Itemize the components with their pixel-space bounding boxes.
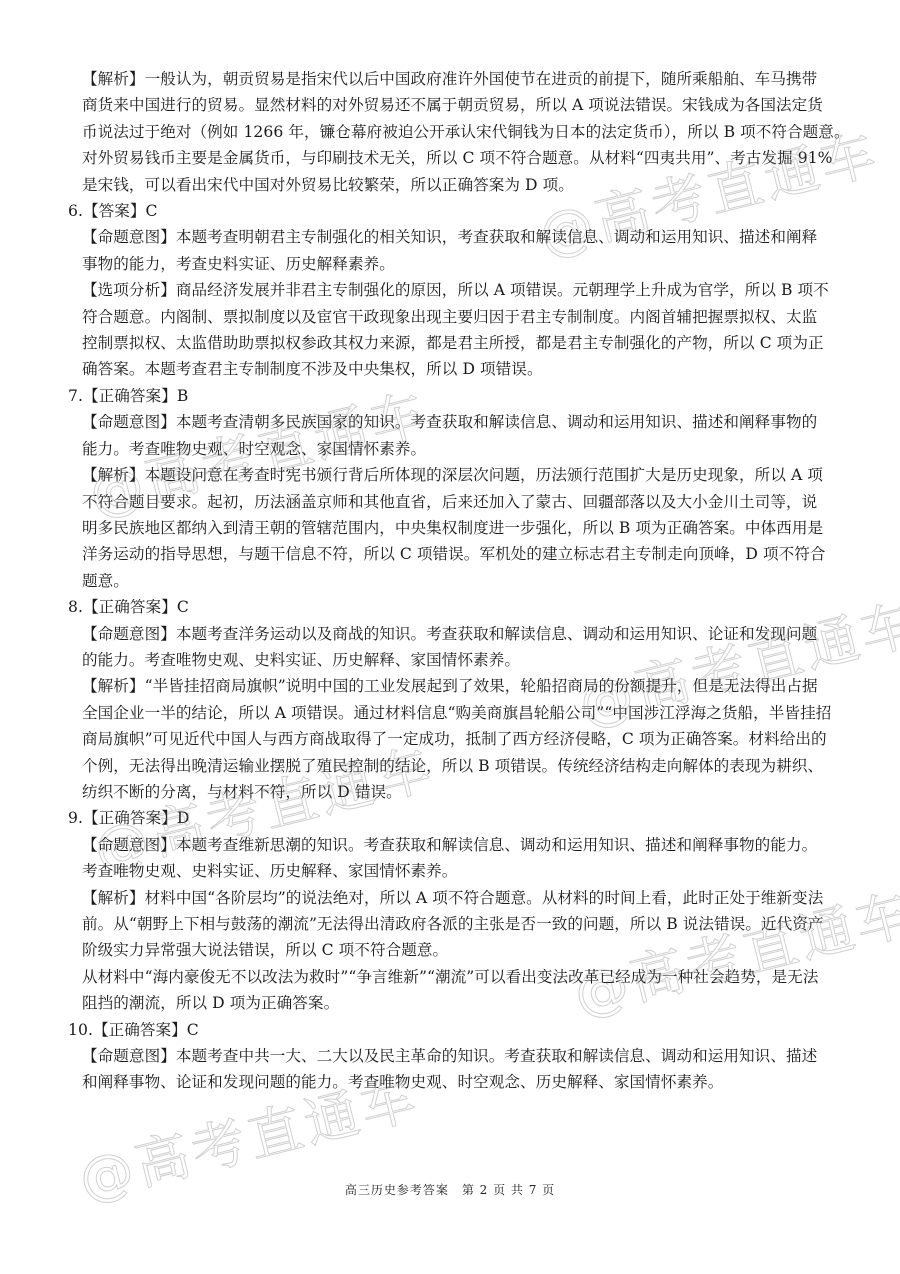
text-line: 事物的能力，考查史料实证、历史解释素养。 [68, 251, 848, 277]
paragraph: 从材料中“海内豪俊无不以改法为救时”“争言维新”“潮流”可以看出变法改革已经成为… [68, 964, 848, 1017]
text-line: 7.【正确答案】B [68, 383, 848, 409]
paragraph: 【选项分析】商品经济发展并非君主专制强化的原因，所以 A 项错误。元朝理学上升成… [68, 277, 848, 383]
text-line: 【命题意图】本题考查明朝君主专制强化的相关知识，考查获取和解读信息、调动和运用知… [68, 224, 848, 250]
text-line: 从材料中“海内豪俊无不以改法为救时”“争言维新”“潮流”可以看出变法改革已经成为… [68, 964, 848, 990]
paragraph: 【解析】“半皆挂招商局旗帜”说明中国的工业发展起到了效果，轮船招商局的份额提升，… [68, 673, 848, 805]
text-line: 和阐释事物、论证和发现问题的能力。考查唯物史观、时空观念、历史解释、家国情怀素养… [68, 1069, 848, 1095]
text-line: 【解析】“半皆挂招商局旗帜”说明中国的工业发展起到了效果，轮船招商局的份额提升，… [68, 673, 848, 699]
paragraph: 【解析】材料中国“各阶层均”的说法绝对，所以 A 项不符合题意。从材料的时间上看… [68, 885, 848, 964]
text-line: 洋务运动的指导思想，与题干信息不符，所以 C 项错误。军机处的建立标志君主专制走… [68, 541, 848, 567]
page-footer: 高三历史参考答案 第 2 页 共 7 页 [0, 1181, 900, 1198]
text-line: 阶级实力异常强大说法错误，所以 C 项不符合题意。 [68, 937, 848, 963]
text-line: 【命题意图】本题考查洋务运动以及商战的知识。考查获取和解读信息、调动和运用知识、… [68, 621, 848, 647]
answer-heading: 9.【正确答案】D [68, 805, 848, 831]
text-line: 题意。 [68, 568, 848, 594]
answer-heading: 7.【正确答案】B [68, 383, 848, 409]
text-line: 【选项分析】商品经济发展并非君主专制强化的原因，所以 A 项错误。元朝理学上升成… [68, 277, 848, 303]
text-line: 8.【正确答案】C [68, 594, 848, 620]
text-line: 9.【正确答案】D [68, 805, 848, 831]
paragraph: 【命题意图】本题考查明朝君主专制强化的相关知识，考查获取和解读信息、调动和运用知… [68, 224, 848, 277]
text-line: 【命题意图】本题考查维新思潮的知识。考查获取和解读信息、调动和运用知识、描述和阐… [68, 832, 848, 858]
text-line: 纺织不断的分离，与材料不符，所以 D 错误。 [68, 779, 848, 805]
text-line: 阻挡的潮流，所以 D 项为正确答案。 [68, 990, 848, 1016]
text-line: 个例，无法得出晚清运输业摆脱了殖民控制的结论，所以 B 项错误。传统经济结构走向… [68, 753, 848, 779]
text-line: 控制票拟权、太监借助助票拟权参政其权力来源，都是君主所授，都是君主专制强化的产物… [68, 330, 848, 356]
text-line: 【解析】材料中国“各阶层均”的说法绝对，所以 A 项不符合题意。从材料的时间上看… [68, 885, 848, 911]
text-line: 10.【正确答案】C [68, 1017, 848, 1043]
text-line: 前。从“朝野上下相与鼓荡的潮流”无法得出清政府各派的主张是否一致的问题，所以 B… [68, 911, 848, 937]
text-line: 符合题意。内阁制、票拟制度以及宦官干政现象出现主要归因于君主专制制度。内阁首辅把… [68, 304, 848, 330]
text-line: 能力。考查唯物史观、时空观念、家国情怀素养。 [68, 436, 848, 462]
text-line: 全国企业一半的结论，所以 A 项错误。通过材料信息“购美商旗昌轮船公司”“中国涉… [68, 700, 848, 726]
text-line: 【解析】一般认为，朝贡贸易是指宋代以后中国政府准许外国使节在进贡的前提下，随所乘… [68, 66, 848, 92]
text-line: 【命题意图】本题考查中共一大、二大以及民主革命的知识。考查获取和解读信息、调动和… [68, 1043, 848, 1069]
text-line: 【命题意图】本题考查清朝多民族国家的知识。考查获取和解读信息、调动和运用知识、描… [68, 409, 848, 435]
answer-heading: 6.【答案】C [68, 198, 848, 224]
document-body: 【解析】一般认为，朝贡贸易是指宋代以后中国政府准许外国使节在进贡的前提下，随所乘… [68, 66, 848, 1096]
text-line: 的能力。考查唯物史观、史料实证、历史解释、家国情怀素养。 [68, 647, 848, 673]
text-line: 商货来中国进行的贸易。显然材料的对外贸易还不属于朝贡贸易，所以 A 项说法错误。… [68, 92, 848, 118]
text-line: 对外贸易钱币主要是金属货币，与印刷技术无关，所以 C 项不符合题意。从材料“四夷… [68, 145, 848, 171]
text-line: 不符合题目要求。起初，历法涵盖京师和其他直省，后来还加入了蒙古、回疆部落以及大小… [68, 489, 848, 515]
text-line: 是宋钱，可以看出宋代中国对外贸易比较繁荣，所以正确答案为 D 项。 [68, 172, 848, 198]
text-line: 明多民族地区都纳入到清王朝的管辖范围内，中央集权制度进一步强化，所以 B 项为正… [68, 515, 848, 541]
text-line: 确答案。本题考查君主专制制度不涉及中央集权，所以 D 项错误。 [68, 356, 848, 382]
text-line: 考查唯物史观、史料实证、历史解释、家国情怀素养。 [68, 858, 848, 884]
answer-heading: 8.【正确答案】C [68, 594, 848, 620]
paragraph: 【命题意图】本题考查中共一大、二大以及民主革命的知识。考查获取和解读信息、调动和… [68, 1043, 848, 1096]
paragraph: 【命题意图】本题考查维新思潮的知识。考查获取和解读信息、调动和运用知识、描述和阐… [68, 832, 848, 885]
text-line: 6.【答案】C [68, 198, 848, 224]
text-line: 【解析】本题设问意在考查时宪书颁行背后所体现的深层次问题，历法颁行范围扩大是历史… [68, 462, 848, 488]
paragraph: 【命题意图】本题考查清朝多民族国家的知识。考查获取和解读信息、调动和运用知识、描… [68, 409, 848, 462]
paragraph: 【解析】本题设问意在考查时宪书颁行背后所体现的深层次问题，历法颁行范围扩大是历史… [68, 462, 848, 594]
paragraph: 【解析】一般认为，朝贡贸易是指宋代以后中国政府准许外国使节在进贡的前提下，随所乘… [68, 66, 848, 198]
paragraph: 【命题意图】本题考查洋务运动以及商战的知识。考查获取和解读信息、调动和运用知识、… [68, 621, 848, 674]
text-line: 商局旗帜”可见近代中国人与西方商战取得了一定成功，抵制了西方经济侵略，C 项为正… [68, 726, 848, 752]
answer-heading: 10.【正确答案】C [68, 1017, 848, 1043]
text-line: 币说法过于绝对（例如 1266 年，镰仓幕府被迫公开承认宋代铜钱为日本的法定货币… [68, 119, 848, 145]
